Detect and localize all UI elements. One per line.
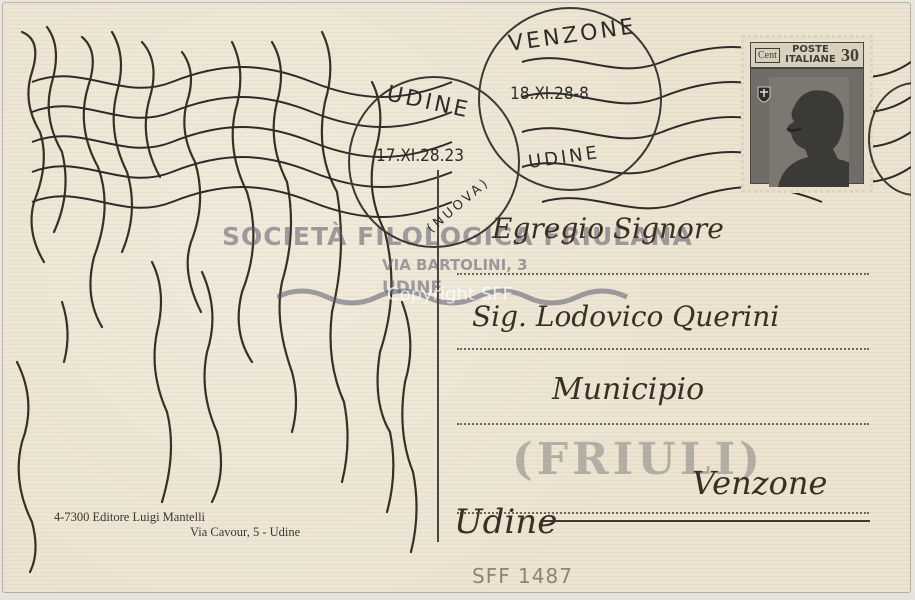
udine-postmark-town: UDINE	[384, 81, 472, 123]
address-line-2	[457, 348, 869, 350]
address-origin: Udine	[454, 502, 557, 542]
udine-postmark-date: 17.XI.28.23	[376, 146, 464, 166]
king-portrait-icon	[769, 77, 849, 187]
venzone-postmark-town: VENZONE	[507, 14, 638, 57]
udine-postmark-district: (NUOVA)	[424, 175, 493, 236]
udine-postmark: UDINE 17.XI.28.23 (NUOVA)	[348, 76, 520, 248]
copyright-watermark: Copyright SFF	[387, 284, 513, 305]
address-line-3	[457, 423, 869, 425]
venzone-postmark-date: 18.XI.28-8	[510, 84, 589, 104]
stamp-value: 30	[841, 45, 859, 66]
postage-stamp: Cent POSTE ITALIANE 30	[741, 35, 873, 193]
venzone-postmark-province: UDINE	[527, 142, 601, 173]
address-municipio: Municipio	[552, 372, 704, 407]
postcard-back: SOCIETÀ FILOLOGICA FRIULANA VIA BARTOLIN…	[2, 2, 911, 593]
stamp-title-line2: ITALIANE	[785, 54, 836, 65]
society-cachet-line2: VIA BARTOLINI, 3	[382, 256, 528, 274]
printer-imprint-line2: Via Cavour, 5 - Udine	[190, 525, 300, 540]
printer-imprint-line1: 4-7300 Editore Luigi Mantelli	[54, 510, 205, 525]
address-town: Venzone	[692, 464, 827, 502]
catalog-number: SFF 1487	[472, 564, 573, 588]
savoy-crest-icon	[755, 79, 773, 109]
stamp-currency: Cent	[755, 48, 780, 63]
address-salutation: Egregio Signore	[492, 212, 724, 245]
scan-border	[0, 593, 915, 600]
address-underline	[542, 520, 870, 522]
stamp-title: POSTE ITALIANE	[785, 45, 836, 65]
address-line-1	[457, 273, 869, 275]
address-name: Sig. Lodovico Querini	[472, 300, 779, 333]
